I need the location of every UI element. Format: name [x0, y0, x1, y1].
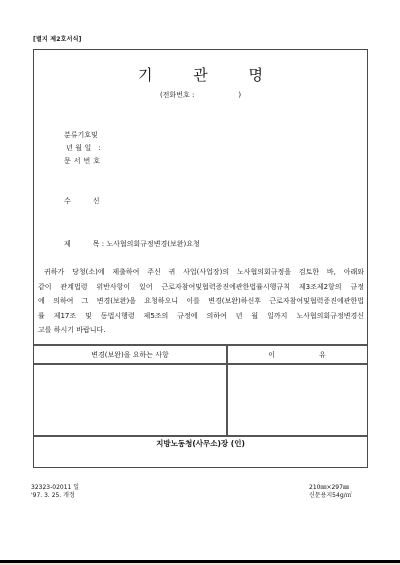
- subject-label-2: 목 :: [93, 239, 104, 249]
- footer-right: 210㎜×297㎜ 신문용지54g/㎡: [309, 484, 352, 500]
- title-char: 관: [193, 64, 208, 85]
- change-items-cell[interactable]: [34, 365, 226, 435]
- body-line: 고를 하시기 바랍니다.: [38, 323, 364, 338]
- reason-header-char: 유: [319, 346, 326, 364]
- footer-left: 32323-02011 일 '97. 3. 25. 개정: [31, 484, 79, 500]
- form-code: 32323-02011 일: [31, 484, 79, 492]
- recipient-row: 수신: [64, 196, 100, 206]
- paper-size: 210㎜×297㎜: [309, 484, 352, 492]
- body-line: 같이 관계법령 위반사항이 있어 근로자참여및협력증진에관한법률시행규칙 제3조…: [38, 280, 364, 295]
- recipient-label-2: 신: [93, 196, 100, 206]
- body-line: 에 의하여 그 변경(보완)을 요청하오니 이를 변경(보완)하신후 근로자참여…: [38, 294, 364, 309]
- paper-type: 신문용지54g/㎡: [309, 492, 352, 500]
- page-title: 기 관 명: [34, 64, 367, 85]
- change-items-header: 변경(보완)을 요하는 사항: [34, 346, 226, 364]
- date-label: 년월일 :: [66, 143, 103, 153]
- doc-number-label: 문서번호: [64, 156, 103, 166]
- subject-label-1: 제: [64, 240, 71, 248]
- form-number-label: [별지 제2호서식]: [33, 34, 82, 43]
- body-line: 귀하가 당청(소)에 제출하여 주신 귀 사업(사업장)의 노사협의회규정을 검…: [38, 265, 364, 280]
- reason-header: 이유: [227, 346, 367, 364]
- recipient-label-1: 수: [64, 197, 71, 205]
- table-bottom-divider: [34, 435, 367, 437]
- document-page: [별지 제2호서식] 기 관 명 (전화번호 :) 분류기호및 년월일 : 문서…: [0, 0, 400, 565]
- body-line: 률 제17조 및 동법시행령 제5조의 규정에 의하여 년 월 일까지 노사협의…: [38, 309, 364, 324]
- title-char: 기: [138, 64, 153, 85]
- classification-label: 분류기호및: [64, 130, 98, 140]
- phone-line: (전화번호 :): [34, 90, 367, 100]
- revision-date: '97. 3. 25. 개정: [31, 492, 79, 500]
- signature-line: 지방노동청(사무소)장 (인): [34, 438, 367, 449]
- reason-cell[interactable]: [228, 365, 367, 435]
- subject-row: 제목 : 노사협의회규정변경(보완)요청: [64, 239, 200, 249]
- phone-close: ): [238, 91, 241, 99]
- reason-header-char: 이: [268, 346, 275, 364]
- body-paragraph: 귀하가 당청(소)에 제출하여 주신 귀 사업(사업장)의 노사협의회규정을 검…: [38, 265, 364, 338]
- title-char: 명: [249, 64, 264, 85]
- subject-value: 노사협의회규정변경(보완)요청: [106, 240, 199, 248]
- phone-label: (전화번호 :: [160, 91, 194, 99]
- form-frame: 기 관 명 (전화번호 :) 분류기호및 년월일 : 문서번호 수신 제목 : …: [33, 49, 368, 468]
